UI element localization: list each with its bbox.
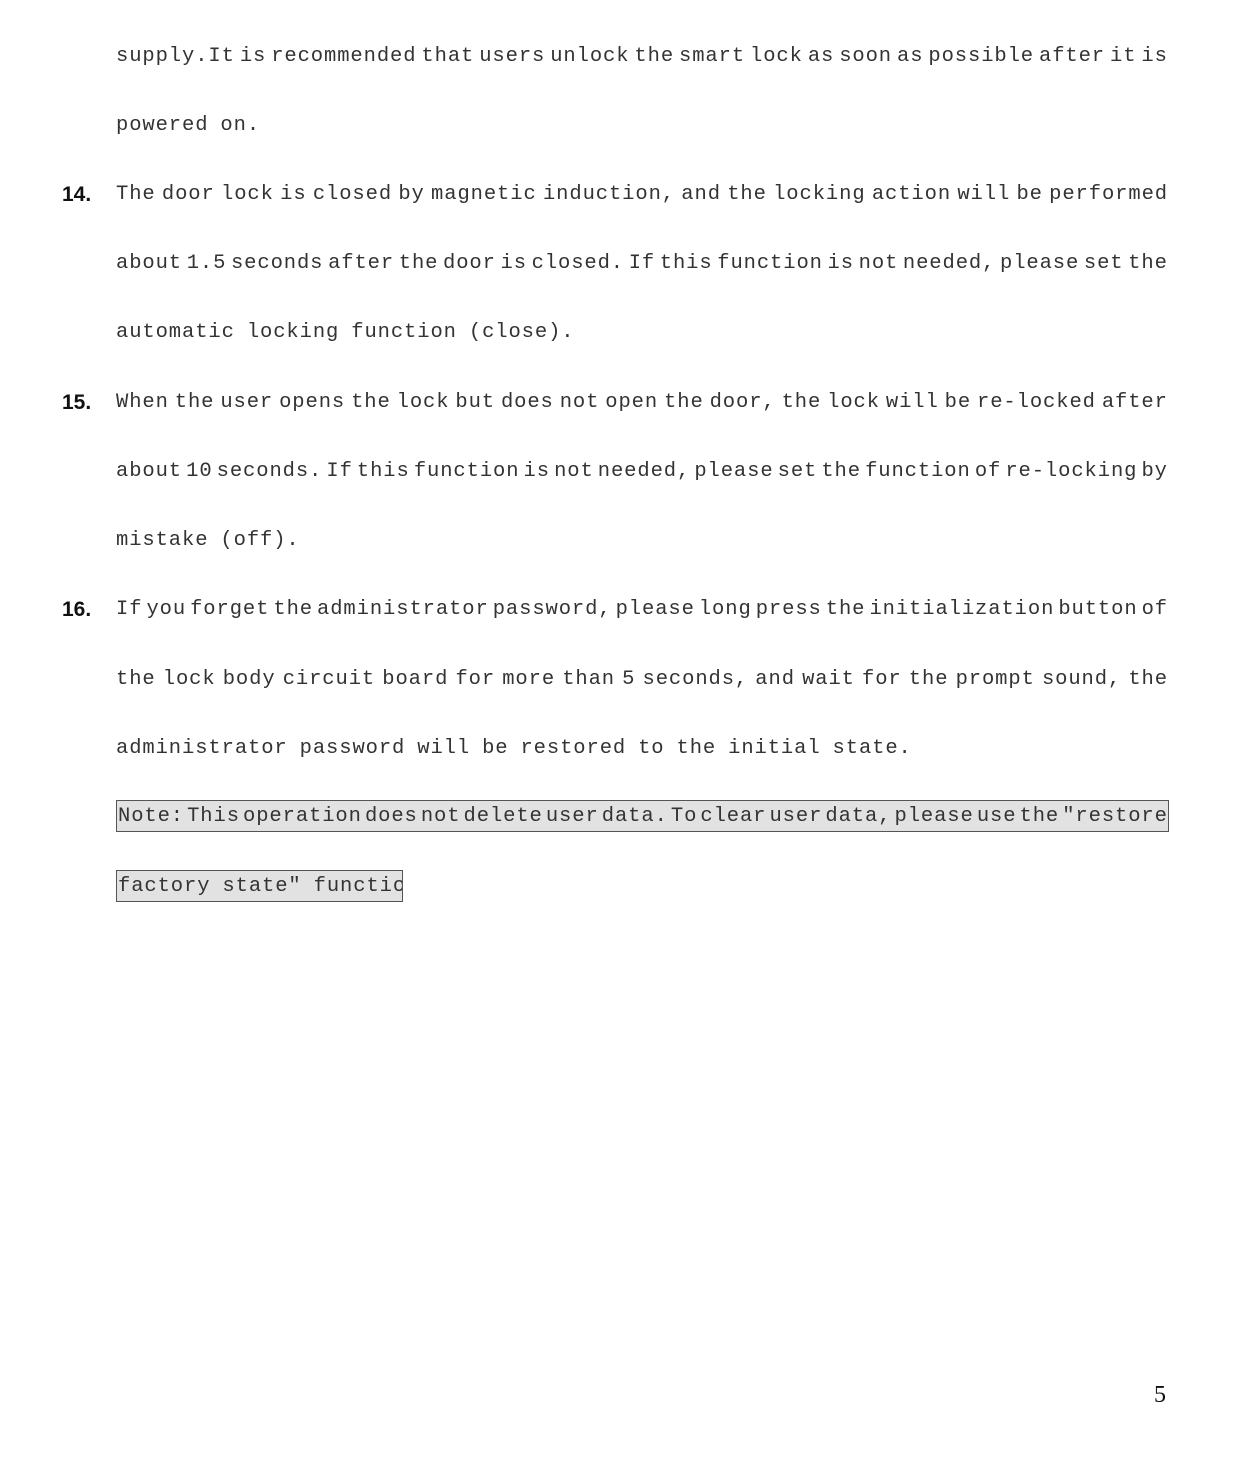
word: lock <box>221 178 274 212</box>
word: body <box>223 663 276 697</box>
word: 5 <box>622 663 635 697</box>
word: sound, <box>1042 663 1121 697</box>
word: automatic <box>116 316 235 350</box>
word: the <box>664 386 704 420</box>
word: not <box>560 386 600 420</box>
word: circuit <box>283 663 375 697</box>
word: initialization <box>869 593 1054 627</box>
word: door, <box>710 386 776 420</box>
word: magnetic <box>431 178 537 212</box>
word: is <box>1141 40 1167 74</box>
paragraph-line: Ifyouforgettheadministratorpassword,plea… <box>116 593 1168 627</box>
word: the <box>351 386 391 420</box>
paragraph-line: supply.Itisrecommendedthatusersunlockthe… <box>116 40 1168 74</box>
word: the <box>826 593 866 627</box>
word: password <box>300 732 406 766</box>
paragraph-line: administratorpasswordwillberestoredtothe… <box>116 732 1168 766</box>
word: the <box>821 455 861 489</box>
word: lock <box>397 386 450 420</box>
page-number: 5 <box>1154 1382 1166 1409</box>
paragraph-line: thelockbodycircuitboardformorethan5secon… <box>116 663 1168 697</box>
word: after <box>1039 40 1105 74</box>
word: of <box>1142 593 1168 627</box>
word: by <box>398 178 424 212</box>
word: the <box>782 386 822 420</box>
word: (close). <box>469 316 575 350</box>
word: possible <box>928 40 1034 74</box>
word: the <box>273 593 313 627</box>
word: is <box>501 247 527 281</box>
word: lock <box>827 386 880 420</box>
word: performed <box>1049 178 1168 212</box>
word: If <box>326 455 352 489</box>
word: you <box>146 593 186 627</box>
word: on. <box>220 109 260 143</box>
word: 10 <box>186 455 212 489</box>
word: If <box>629 247 655 281</box>
paragraph-line: Whentheuseropensthelockbutdoesnotopenthe… <box>116 386 1168 420</box>
word: is <box>280 178 306 212</box>
word: and <box>755 663 795 697</box>
paragraph-line: automaticlockingfunction(close). <box>116 316 1168 350</box>
word: needed, <box>598 455 690 489</box>
word: will <box>417 732 470 766</box>
word: To <box>671 801 697 831</box>
word: please <box>616 593 695 627</box>
word: forget <box>190 593 269 627</box>
word: button <box>1058 593 1137 627</box>
word: the <box>634 40 674 74</box>
word: function. <box>314 871 403 901</box>
word: powered <box>116 109 208 143</box>
word: press <box>756 593 822 627</box>
word: the <box>909 663 949 697</box>
word: closed <box>313 178 392 212</box>
word: users <box>479 40 545 74</box>
word: door <box>162 178 215 212</box>
word: ″restore <box>1062 801 1168 831</box>
word: re-locking <box>1005 455 1137 489</box>
word: initial <box>728 732 820 766</box>
word: the <box>1020 801 1060 831</box>
note-highlight: factorystate″function. <box>116 870 403 902</box>
word: locking <box>247 316 339 350</box>
word: not <box>554 455 594 489</box>
word: will <box>886 386 939 420</box>
word: 1.5 <box>187 247 227 281</box>
word: user <box>546 801 599 831</box>
word: the <box>399 247 439 281</box>
word: the <box>1128 663 1168 697</box>
word: needed, <box>903 247 995 281</box>
word: locking <box>773 178 865 212</box>
word: not <box>859 247 899 281</box>
word: please <box>694 455 773 489</box>
word: induction, <box>543 178 675 212</box>
word: door <box>443 247 496 281</box>
word: mistake <box>116 524 208 558</box>
word: action <box>872 178 951 212</box>
note-highlight: Note:Thisoperationdoesnotdeleteuserdata.… <box>116 800 1169 832</box>
word: closed. <box>532 247 624 281</box>
word: clear <box>700 801 766 831</box>
word: lock <box>163 663 216 697</box>
word: please <box>895 801 974 831</box>
word: data, <box>825 801 891 831</box>
list-item-number: 16. <box>62 593 91 627</box>
paragraph-line: about1.5secondsafterthedoorisclosed.Ifth… <box>116 247 1168 281</box>
word: administrator <box>116 732 288 766</box>
word: but <box>455 386 495 420</box>
word: as <box>897 40 923 74</box>
word: set <box>1084 247 1124 281</box>
word: after <box>328 247 394 281</box>
word: this <box>357 455 410 489</box>
word: be <box>482 732 508 766</box>
word: restored <box>520 732 626 766</box>
word: will <box>957 178 1010 212</box>
paragraph-line: mistake(off). <box>116 524 1168 558</box>
word: about <box>116 455 182 489</box>
word: the <box>727 178 767 212</box>
word: the <box>175 386 215 420</box>
word: When <box>116 386 169 420</box>
list-item-number: 14. <box>62 178 91 212</box>
word: does <box>501 386 554 420</box>
word: the <box>677 732 717 766</box>
word: function <box>717 247 823 281</box>
word: does <box>365 801 418 831</box>
word: factory <box>118 871 210 901</box>
word: as <box>808 40 834 74</box>
word: function <box>865 455 971 489</box>
word: this <box>660 247 713 281</box>
word: and <box>681 178 721 212</box>
word: The <box>116 178 156 212</box>
word: that <box>421 40 474 74</box>
word: more <box>502 663 555 697</box>
word: the <box>116 663 156 697</box>
word: lock <box>750 40 803 74</box>
word: seconds, <box>643 663 749 697</box>
word: user <box>769 801 822 831</box>
word: re-locked <box>977 386 1096 420</box>
word: to <box>638 732 664 766</box>
word: please <box>1000 247 1079 281</box>
paragraph-line: poweredon. <box>116 109 1168 143</box>
word: soon <box>839 40 892 74</box>
word: the <box>1128 247 1168 281</box>
word: If <box>116 593 142 627</box>
word: Note: <box>118 801 184 831</box>
word: smart <box>679 40 745 74</box>
paragraph-line: about10seconds.Ifthisfunctionisnotneeded… <box>116 455 1168 489</box>
word: be <box>945 386 971 420</box>
word: of <box>975 455 1001 489</box>
word: (off). <box>220 524 299 558</box>
word: state″ <box>222 871 301 901</box>
word: password, <box>493 593 612 627</box>
word: set <box>778 455 818 489</box>
word: about <box>116 247 182 281</box>
word: state. <box>833 732 912 766</box>
list-item-number: 15. <box>62 386 91 420</box>
word: is <box>240 40 266 74</box>
word: administrator <box>317 593 489 627</box>
word: it <box>1110 40 1136 74</box>
word: open <box>605 386 658 420</box>
word: by <box>1141 455 1167 489</box>
word: not <box>421 801 461 831</box>
word: use <box>977 801 1017 831</box>
word: is <box>828 247 854 281</box>
word: than <box>562 663 615 697</box>
word: supply.It <box>116 40 235 74</box>
word: delete <box>464 801 543 831</box>
word: for <box>862 663 902 697</box>
word: after <box>1102 386 1168 420</box>
word: function <box>414 455 520 489</box>
word: be <box>1016 178 1042 212</box>
word: seconds. <box>217 455 323 489</box>
word: long <box>699 593 752 627</box>
word: data. <box>602 801 668 831</box>
word: user <box>220 386 273 420</box>
word: opens <box>279 386 345 420</box>
word: unlock <box>550 40 629 74</box>
word: This <box>187 801 240 831</box>
word: prompt <box>956 663 1035 697</box>
word: recommended <box>271 40 416 74</box>
word: wait <box>802 663 855 697</box>
word: for <box>455 663 495 697</box>
word: is <box>524 455 550 489</box>
paragraph-line: Thedoorlockisclosedbymagneticinduction,a… <box>116 178 1168 212</box>
word: function <box>351 316 457 350</box>
word: board <box>382 663 448 697</box>
word: seconds <box>231 247 323 281</box>
word: operation <box>243 801 362 831</box>
